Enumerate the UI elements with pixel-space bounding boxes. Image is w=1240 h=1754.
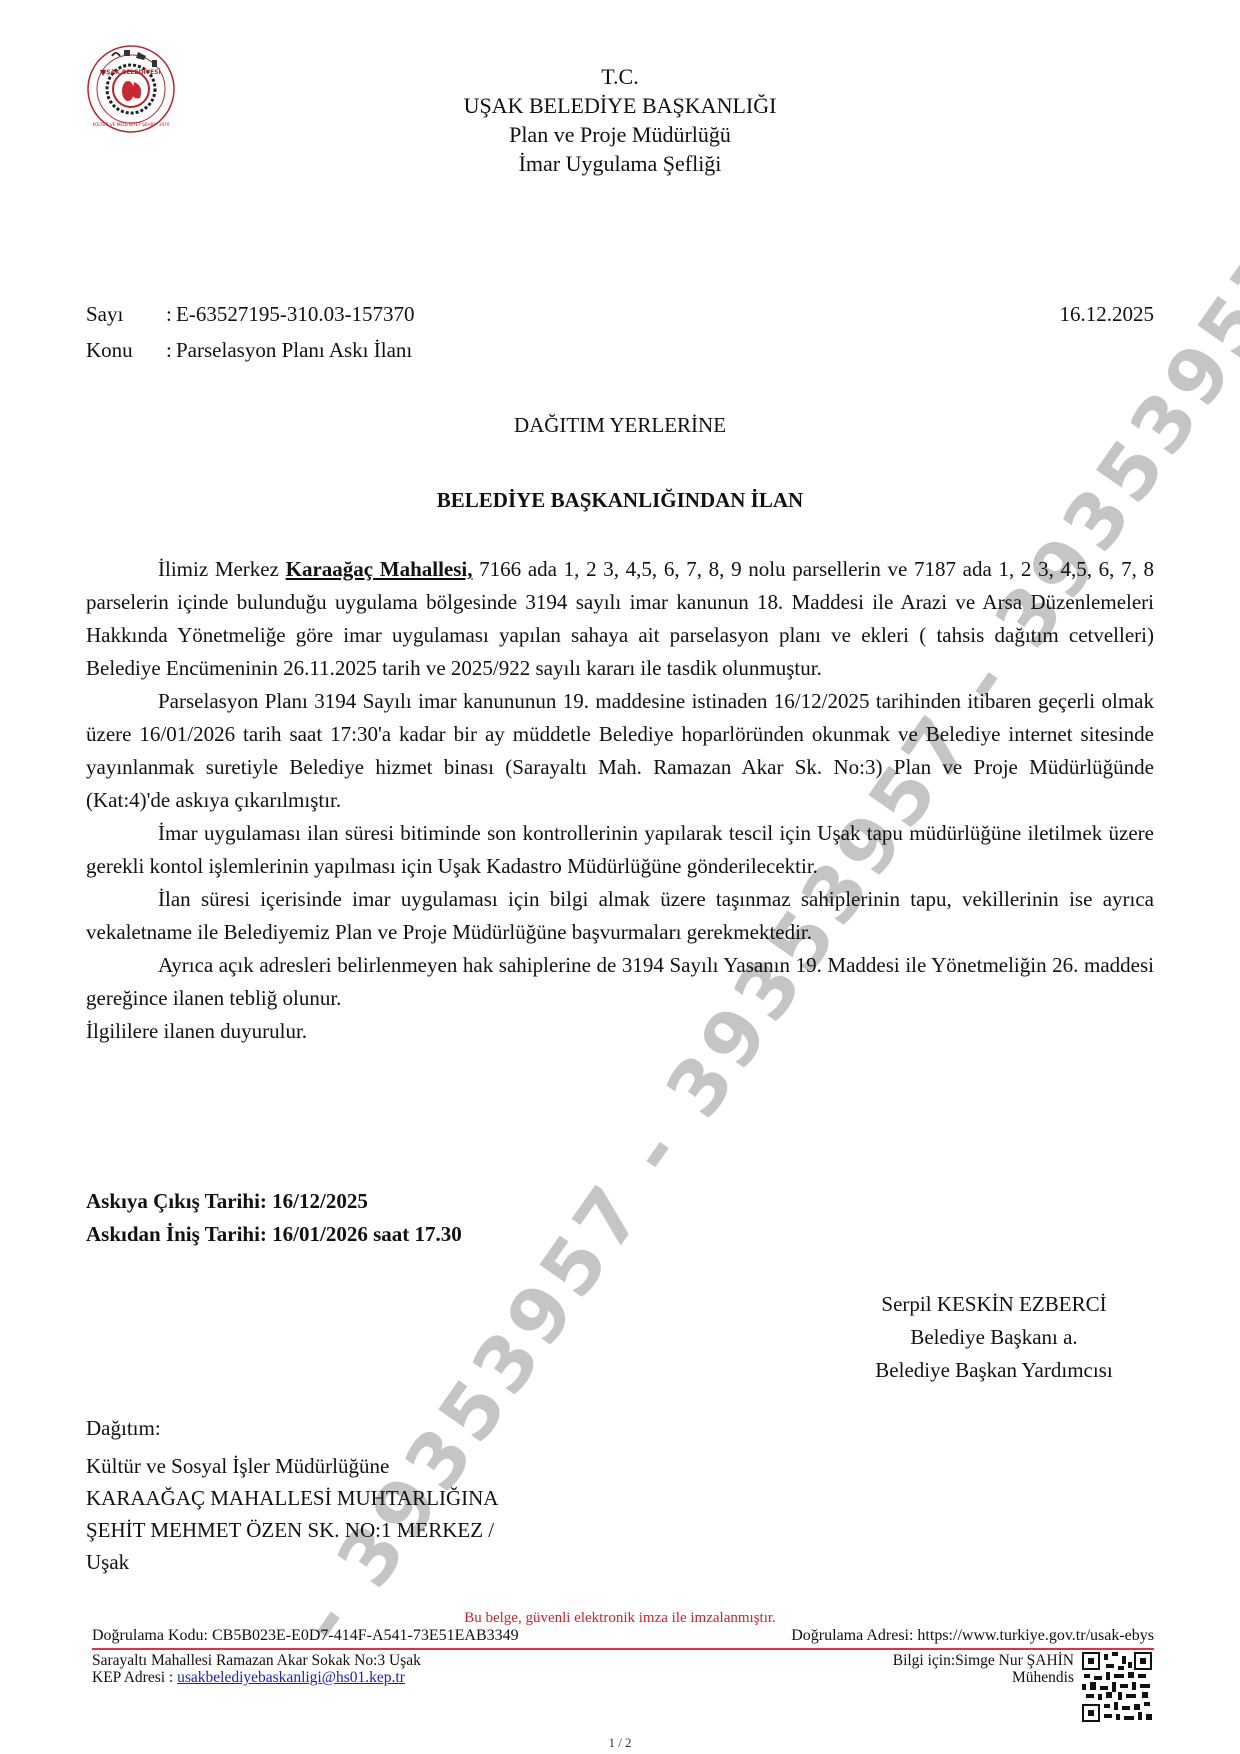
contact-person: Bilgi için:Simge Nur ŞAHİN [893,1652,1074,1669]
sayi-value: E-63527195-310.03-157370 [176,296,415,332]
verification-code: Doğrulama Kodu: CB5B023E-E0D7-414F-A541-… [92,1626,519,1646]
paragraph-3: İmar uygulaması ilan süresi bitiminde so… [86,817,1154,883]
posting-start-date: Askıya Çıkış Tarihi: 16/12/2025 [86,1185,462,1218]
qr-code-icon[interactable] [1080,1650,1154,1724]
kep-email-link[interactable]: usakbelediyebaskanligi@hs01.kep.tr [177,1669,405,1686]
document-header: T.C. UŞAK BELEDİYE BAŞKANLIĞI Plan ve Pr… [300,62,940,178]
header-directorate: Plan ve Proje Müdürlüğü [300,120,940,149]
paragraph-1: İlimiz Merkez Karaağaç Mahallesi, 7166 a… [86,553,1154,685]
header-tc: T.C. [300,62,940,91]
signatory-name: Serpil KESKİN EZBERCİ [834,1288,1154,1321]
esign-notice: Bu belge, güvenli elektronik imza ile im… [0,1609,1240,1627]
recipients-title: DAĞITIM YERLERİNE [0,412,1240,438]
konu-value: Parselasyon Planı Askı İlanı [176,332,412,368]
distribution-list: Dağıtım: Kültür ve Sosyal İşler Müdürlüğ… [86,1412,498,1578]
neighborhood-name: Karaağaç Mahallesi, [286,557,473,581]
signature-block: Serpil KESKİN EZBERCİ Belediye Başkanı a… [834,1288,1154,1387]
posting-dates: Askıya Çıkış Tarihi: 16/12/2025 Askıdan … [86,1185,462,1251]
distribution-item: Uşak [86,1546,498,1578]
paragraph-5: Ayrıca açık adresleri belirlenmeyen hak … [86,949,1154,1015]
distribution-item: Kültür ve Sosyal İşler Müdürlüğüne [86,1450,498,1482]
kep-row: KEP Adresi : usakbelediyebaskanligi@hs01… [92,1669,421,1686]
konu-separator: : [166,332,176,368]
contact-title: Mühendis [893,1669,1074,1686]
sayi-row: Sayı : E-63527195-310.03-157370 [86,296,415,332]
document-meta: Sayı : E-63527195-310.03-157370 Konu : P… [86,296,415,368]
header-unit: İmar Uygulama Şefliği [300,149,940,178]
sayi-separator: : [166,296,176,332]
paragraph-4: İlan süresi içerisinde imar uygulaması i… [86,883,1154,949]
p1-prefix: İlimiz Merkez [158,557,286,581]
distribution-item: KARAAĞAÇ MAHALLESİ MUHTARLIĞINA [86,1482,498,1514]
announcement-body: İlimiz Merkez Karaağaç Mahallesi, 7166 a… [86,553,1154,1048]
svg-text:KÜLTÜR VE MEDENİYET ŞEHRİ · 19: KÜLTÜR VE MEDENİYET ŞEHRİ · 1970 [93,122,170,127]
sayi-label: Sayı [86,296,166,332]
municipality-logo-icon: UŞAK BELEDİYESİ KÜLTÜR VE MEDENİYET ŞEHR… [86,44,176,134]
distribution-title: Dağıtım: [86,1412,498,1444]
verification-row: Doğrulama Kodu: CB5B023E-E0D7-414F-A541-… [92,1626,1154,1650]
konu-row: Konu : Parselasyon Planı Askı İlanı [86,332,415,368]
distribution-item: ŞEHİT MEHMET ÖZEN SK. NO:1 MERKEZ / [86,1514,498,1546]
document-date: 16.12.2025 [1060,296,1155,332]
svg-text:UŞAK BELEDİYESİ: UŞAK BELEDİYESİ [101,69,160,76]
footer-address-block: Sarayaltı Mahallesi Ramazan Akar Sokak N… [92,1652,421,1686]
recipients-title-text: DAĞITIM YERLERİNE [514,413,726,437]
signatory-title-1: Belediye Başkanı a. [834,1321,1154,1354]
contact-block: Bilgi için:Simge Nur ŞAHİN Mühendis [893,1652,1074,1686]
header-municipality: UŞAK BELEDİYE BAŞKANLIĞI [300,91,940,120]
office-address: Sarayaltı Mahallesi Ramazan Akar Sokak N… [92,1652,421,1669]
announcement-title: BELEDİYE BAŞKANLIĞINDAN İLAN [0,487,1240,513]
page-number: 1 / 2 [0,1735,1240,1751]
konu-label: Konu [86,332,166,368]
posting-end-date: Askıdan İniş Tarihi: 16/01/2026 saat 17.… [86,1218,462,1251]
kep-label: KEP Adresi : [92,1669,177,1686]
paragraph-2: Parselasyon Planı 3194 Sayılı imar kanun… [86,685,1154,817]
signatory-title-2: Belediye Başkan Yardımcısı [834,1354,1154,1387]
paragraph-6: İlgililere ilanen duyurulur. [86,1015,1154,1048]
verification-address[interactable]: Doğrulama Adresi: https://www.turkiye.go… [791,1626,1154,1646]
